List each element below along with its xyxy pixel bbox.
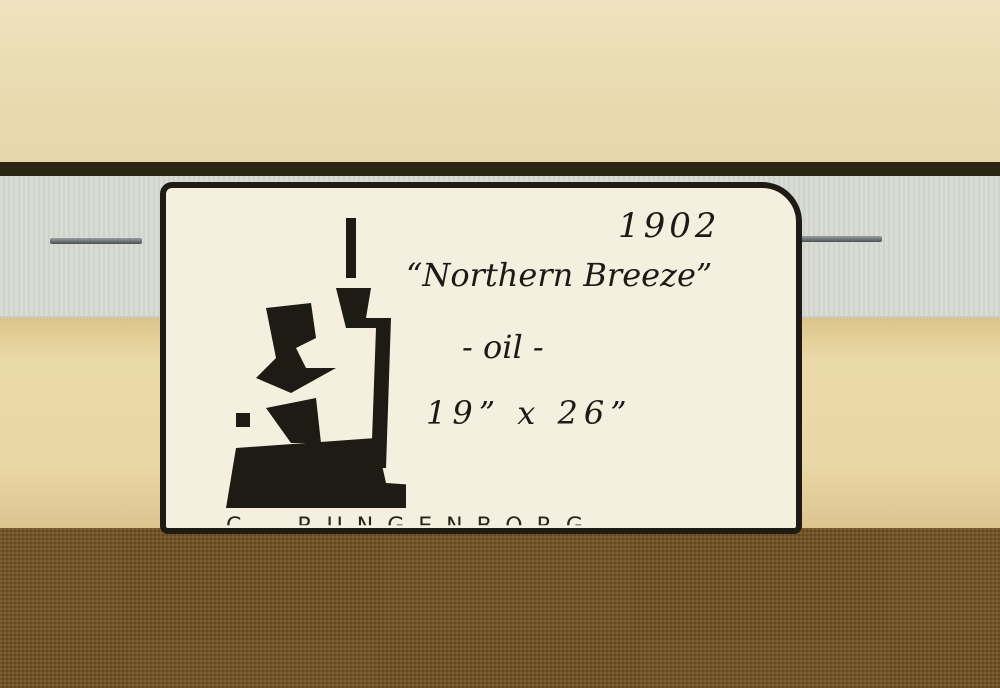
staple-right [790,236,882,242]
canvas-back [0,528,1000,688]
artist-at-easel-icon [196,208,406,508]
label-medium: - oil - [462,328,544,366]
stretcher-bar-wood-top [0,0,1000,168]
frame-gap [0,162,1000,176]
staple-left [50,238,142,244]
label-dimensions: 19” x 26” [426,394,633,432]
artist-label: 1902 “Northern Breeze” - oil - 19” x 26”… [160,182,802,534]
label-year: 1902 [618,206,721,246]
label-title: “Northern Breeze” [406,256,712,294]
